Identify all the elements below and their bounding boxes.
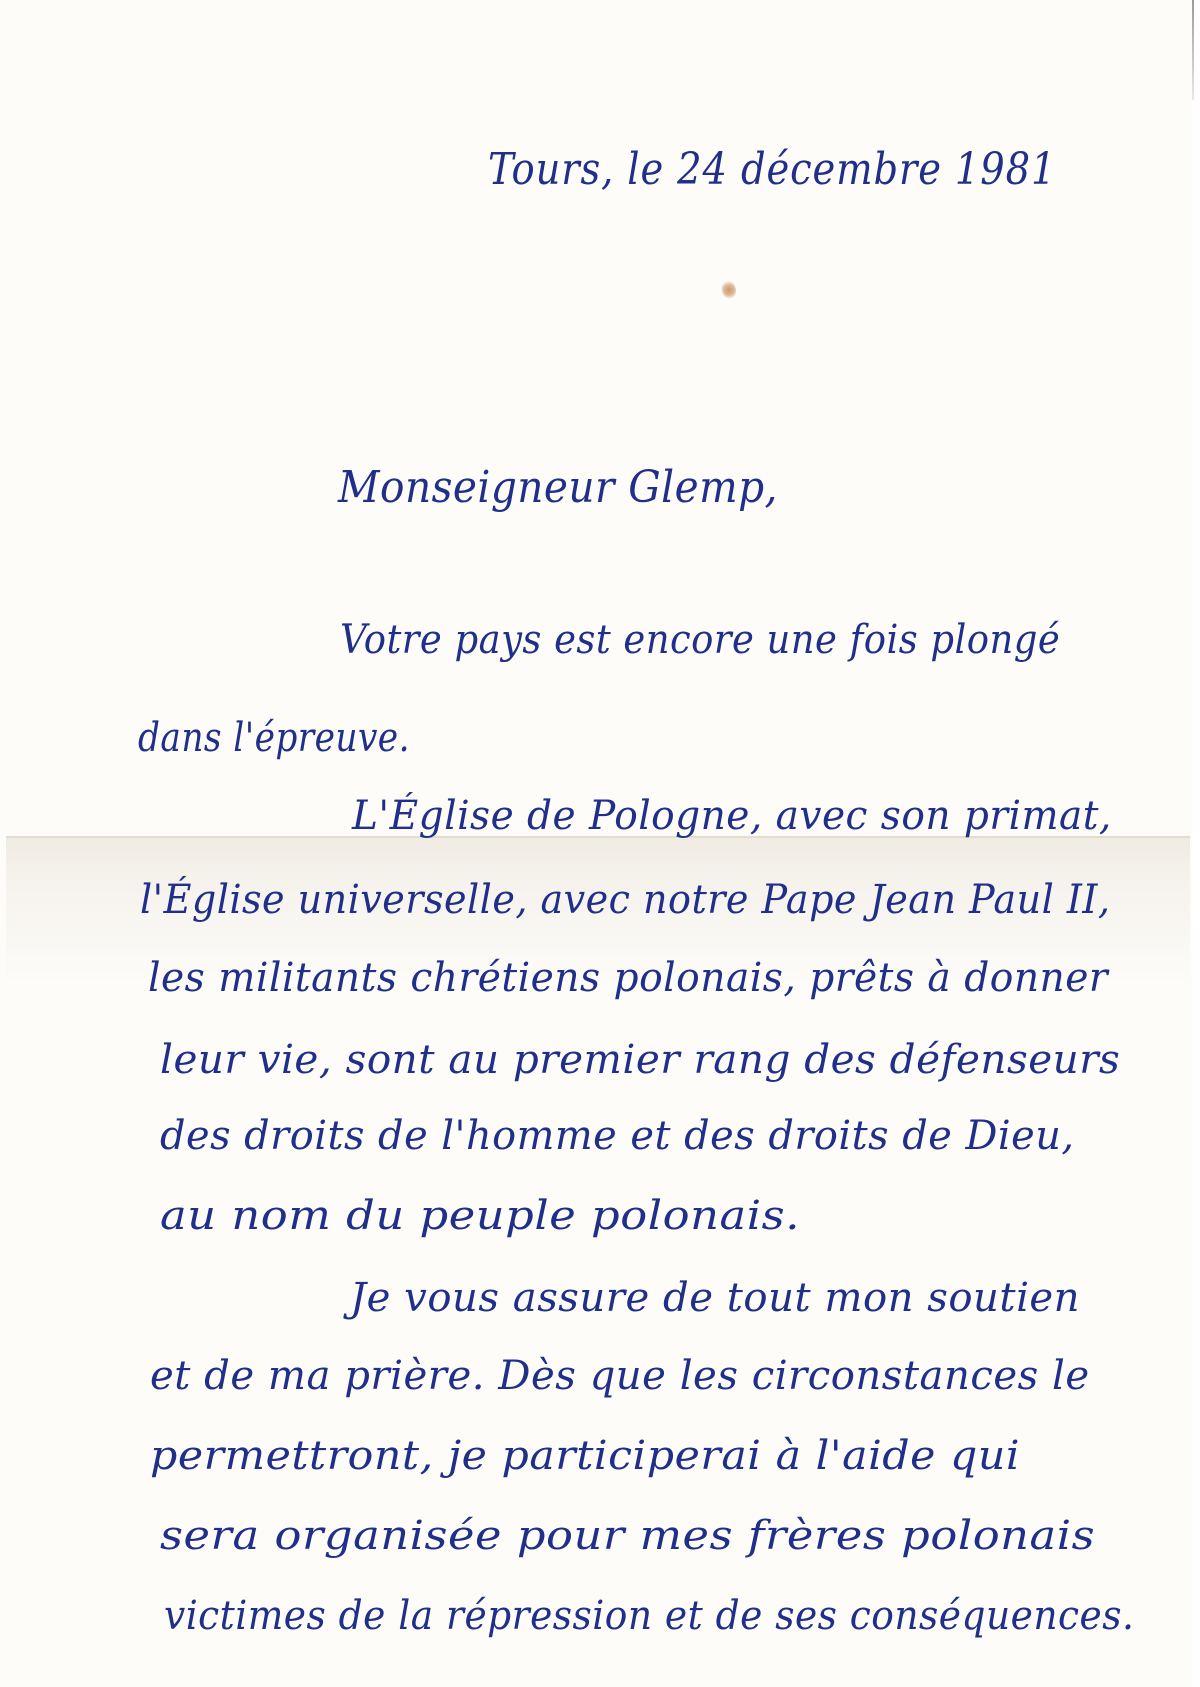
paper-stain xyxy=(719,279,739,301)
body-line: sera organisée pour mes frères polonais xyxy=(160,1516,1095,1556)
body-line: Je vous assure de tout mon soutien xyxy=(350,1278,1080,1318)
body-line: au nom du peuple polonais. xyxy=(160,1196,800,1236)
body-line: L'Église de Pologne, avec son primat, xyxy=(352,796,1112,836)
body-line: et de ma prière. Dès que les circonstanc… xyxy=(150,1356,1090,1396)
body-line: les militants chrétiens polonais, prêts … xyxy=(148,958,1108,998)
date-line: Tours, le 24 décembre 1981 xyxy=(488,148,1056,192)
body-line: Votre pays est encore une fois plongé xyxy=(340,620,1060,660)
body-line: victimes de la répression et de ses cons… xyxy=(164,1596,1134,1636)
body-line: permettront, je participerai à l'aide qu… xyxy=(150,1436,1020,1476)
letter-page: Tours, le 24 décembre 1981 Monseigneur G… xyxy=(0,0,1192,1687)
salutation: Monseigneur Glemp, xyxy=(338,466,778,510)
body-line: leur vie, sont au premier rang des défen… xyxy=(160,1040,1120,1080)
page-edge xyxy=(1192,0,1194,100)
body-line: dans l'épreuve. xyxy=(138,718,410,758)
body-line: l'Église universelle, avec notre Pape Je… xyxy=(140,880,1110,920)
body-line: des droits de l'homme et des droits de D… xyxy=(160,1116,1075,1156)
